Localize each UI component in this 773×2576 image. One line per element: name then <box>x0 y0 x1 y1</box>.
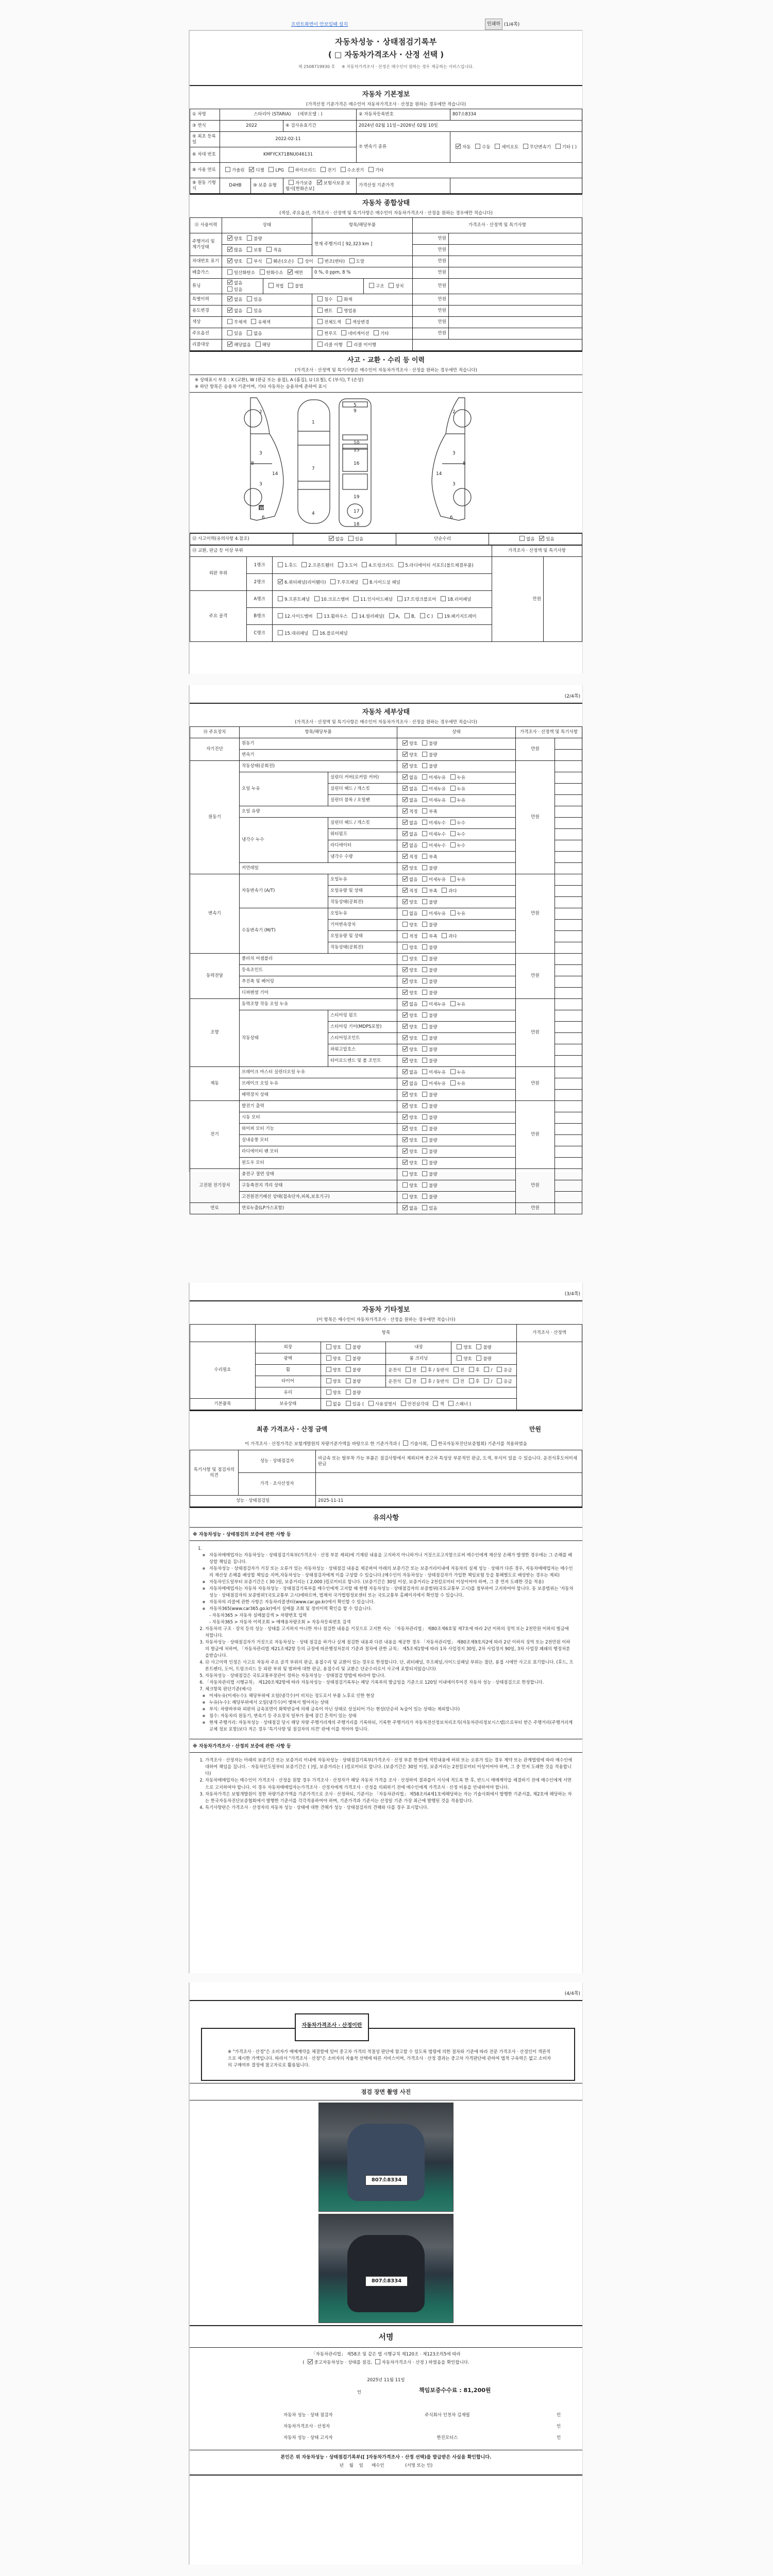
checkbox[interactable] <box>422 933 427 938</box>
header: 항목 <box>255 1325 516 1342</box>
checkbox[interactable] <box>289 167 294 172</box>
checkbox[interactable] <box>227 247 232 252</box>
option-label: 3.도어 <box>345 563 358 568</box>
option-label: 7.루프패널 <box>337 580 358 585</box>
checkbox[interactable] <box>422 1114 427 1120</box>
checkbox[interactable] <box>422 967 427 972</box>
checkbox[interactable] <box>402 831 408 836</box>
checkbox[interactable] <box>402 899 408 904</box>
note: ※ 상태표시 부호 : X (교환), W (판금 또는 용접), A (흠집)… <box>195 377 577 383</box>
checkbox[interactable] <box>301 562 307 567</box>
option-label: 없음 <box>409 787 417 792</box>
option-label: 썬루프 <box>324 331 337 336</box>
checkbox[interactable] <box>338 562 343 567</box>
checkbox[interactable] <box>337 308 342 313</box>
checkbox[interactable] <box>453 1378 459 1383</box>
checkbox[interactable] <box>317 296 323 301</box>
checkbox[interactable] <box>422 944 427 950</box>
checkbox[interactable] <box>337 296 342 301</box>
checkbox[interactable] <box>289 180 294 185</box>
checkbox[interactable] <box>317 319 323 324</box>
sign-date: 2025년 11월 11일 <box>190 2377 582 2383</box>
checkbox[interactable] <box>422 956 427 961</box>
checkbox[interactable] <box>314 596 320 601</box>
checkbox[interactable] <box>225 167 230 172</box>
option-label: 불량 <box>429 1093 437 1098</box>
inspection-date: 2025-11-11 <box>316 1496 582 1507</box>
parts: 1.후드 2.프론트휀더 3.도어 4.트렁크리드 5.라디에이터 서포트(볼트… <box>273 556 492 573</box>
checkbox[interactable] <box>402 1024 408 1029</box>
checkbox[interactable] <box>362 562 367 567</box>
checkbox[interactable] <box>329 536 334 541</box>
unit: 만원 <box>516 1101 555 1169</box>
item: 디퍼렌셜 기어 <box>240 988 397 999</box>
vin-mark-options: 양호 부식 훼손(오손) 상이 변조(변타) 도말 <box>222 256 413 267</box>
checkbox[interactable] <box>402 967 408 972</box>
checkbox[interactable] <box>402 1126 408 1131</box>
checkbox[interactable] <box>450 831 456 836</box>
checkbox[interactable] <box>422 1160 427 1165</box>
checkbox[interactable] <box>406 1367 411 1372</box>
checkbox[interactable] <box>352 613 357 618</box>
checkbox[interactable] <box>374 330 379 335</box>
checkbox[interactable] <box>402 888 408 893</box>
checkbox[interactable] <box>442 933 447 938</box>
option-label: 하이브리드 <box>295 168 316 173</box>
checkbox[interactable] <box>227 342 232 347</box>
checkbox[interactable] <box>278 630 283 635</box>
print-button[interactable]: 인쇄하기 <box>485 19 502 30</box>
page-1: 자동차성능 · 상태점검기록부 ( □ 자동차가격조사 · 산정 선택 ) 제 … <box>189 30 583 674</box>
checkbox[interactable] <box>389 613 394 618</box>
option-label: 장치 <box>395 284 404 289</box>
checkbox[interactable] <box>402 740 408 745</box>
checkbox[interactable] <box>422 1194 427 1199</box>
checkbox[interactable] <box>368 1401 374 1406</box>
checkbox[interactable] <box>422 1171 427 1176</box>
checkbox[interactable] <box>369 283 374 288</box>
option-label: 불량 <box>429 991 437 996</box>
accident-title: 사고 · 교환 · 수리 등 이력 <box>190 354 582 364</box>
checkbox[interactable] <box>346 1367 351 1372</box>
state: 양호 불량 <box>397 1112 516 1124</box>
checkbox[interactable] <box>422 1024 427 1029</box>
checkbox[interactable] <box>317 342 323 347</box>
checkbox[interactable] <box>402 797 408 802</box>
checkbox[interactable] <box>318 258 323 263</box>
item: 커먼레일 <box>240 863 397 874</box>
checkbox[interactable] <box>227 330 232 335</box>
checkbox[interactable] <box>422 910 427 916</box>
checkbox[interactable] <box>422 797 427 802</box>
checkbox[interactable] <box>402 1160 408 1165</box>
option-label: 없음 <box>234 309 242 314</box>
checkbox[interactable] <box>402 1182 408 1188</box>
table-row: 리콜대상해당없음 해당리콜 이행 리콜 미이행 <box>190 340 582 351</box>
checkbox[interactable] <box>326 1355 331 1361</box>
checkbox[interactable] <box>346 1355 351 1361</box>
option-label: 미세누수 <box>429 843 446 849</box>
option-label: 부족 <box>429 889 437 894</box>
checkbox[interactable] <box>247 308 252 313</box>
checkbox[interactable] <box>431 1440 436 1446</box>
header: ⑭ 주요장치 <box>190 727 240 738</box>
notice-header: 유의사항 <box>190 1507 582 1528</box>
checkbox[interactable] <box>313 630 318 635</box>
state: 없음 미세누유 누유 <box>397 1078 516 1090</box>
checkbox[interactable] <box>401 1401 406 1406</box>
option-label: 화재 <box>344 297 352 302</box>
checkbox[interactable] <box>539 536 544 541</box>
sub-item: 파워고압호스 <box>328 1044 397 1056</box>
install-link[interactable]: 프린트화면이 안보일때 설치 <box>291 21 348 27</box>
checkbox[interactable] <box>402 820 408 825</box>
checkbox[interactable] <box>402 1012 408 1018</box>
option-label: 부족 <box>429 809 437 815</box>
option-label: 양호 <box>409 979 417 985</box>
parts: 12.사이드멤버 13.휠하우스 14.필러패널( A, B, C ) 19.패… <box>273 607 492 624</box>
checkbox[interactable] <box>475 144 480 149</box>
checkbox[interactable] <box>422 922 427 927</box>
checkbox[interactable] <box>346 1378 351 1383</box>
checkbox[interactable] <box>341 167 346 172</box>
checkbox[interactable] <box>402 944 408 950</box>
checkbox[interactable] <box>523 144 528 149</box>
checkbox[interactable] <box>422 888 427 893</box>
checkbox[interactable] <box>326 1367 331 1372</box>
checkbox[interactable] <box>402 1069 408 1074</box>
checkbox[interactable] <box>422 1148 427 1154</box>
checkbox[interactable] <box>227 308 232 313</box>
checkbox[interactable] <box>476 1355 481 1361</box>
checkbox[interactable] <box>402 1001 408 1006</box>
option-label: 적법 <box>275 284 283 289</box>
checkbox[interactable] <box>422 1046 427 1052</box>
checkbox[interactable] <box>402 978 408 984</box>
unit: 만원 <box>413 256 449 267</box>
signer-role: 자동차 성능 · 상태 고지자 <box>283 2434 333 2441</box>
sub-item: 오일누유 <box>328 874 397 886</box>
checkbox[interactable] <box>278 613 283 618</box>
checkbox[interactable] <box>256 342 261 347</box>
checkbox[interactable] <box>247 330 252 335</box>
checkbox[interactable] <box>402 990 408 995</box>
section-title: ※ 자동차가격조사 · 산정의 보증에 관한 사항 등 <box>190 1739 582 1753</box>
notice-sub: - 자동차365 > 자동차 실매물검색 > 차량번호 입력 <box>209 1612 574 1619</box>
checkbox[interactable] <box>402 752 408 757</box>
checkbox[interactable] <box>450 797 456 802</box>
checkbox[interactable] <box>227 280 232 285</box>
item: 오일 유량 <box>240 806 397 818</box>
checkbox[interactable] <box>389 283 394 288</box>
checkbox[interactable] <box>422 1205 427 1210</box>
checkbox[interactable] <box>402 922 408 927</box>
checkbox[interactable] <box>519 536 525 541</box>
checkbox[interactable] <box>422 740 427 745</box>
checkbox[interactable] <box>450 876 456 882</box>
checkbox[interactable] <box>421 1367 426 1372</box>
state: 양호 불량 <box>397 1192 516 1203</box>
reg-number: 807소8334 <box>450 109 582 121</box>
sub-item: 스티어링조인트 <box>328 1033 397 1044</box>
checkbox[interactable] <box>330 579 335 584</box>
checkbox[interactable] <box>422 1035 427 1040</box>
checkbox[interactable] <box>402 1092 408 1097</box>
checkbox[interactable] <box>422 1069 427 1074</box>
checkbox[interactable] <box>363 579 368 584</box>
rank: C랭크 <box>247 624 273 641</box>
option-label: 양호 <box>409 1172 417 1177</box>
checkbox[interactable] <box>266 258 272 263</box>
checkbox[interactable] <box>402 865 408 870</box>
checkbox[interactable] <box>422 752 427 757</box>
basic-info-title: 자동차 기본정보 <box>190 89 582 98</box>
unit: 만원 <box>516 874 555 954</box>
checkbox[interactable] <box>422 774 427 779</box>
option-label: 많음 <box>234 248 242 253</box>
checkbox-inspection[interactable] <box>308 2359 313 2364</box>
checkbox[interactable] <box>348 536 354 541</box>
checkbox[interactable] <box>469 1378 474 1383</box>
checkbox[interactable] <box>422 865 427 870</box>
checkbox[interactable] <box>450 774 456 779</box>
checkbox[interactable] <box>450 820 456 825</box>
checkbox[interactable] <box>476 1344 481 1349</box>
checkbox[interactable] <box>326 1389 331 1395</box>
option-label: 가솔린 <box>232 168 245 173</box>
state: 양호 불량 <box>397 897 516 908</box>
checkbox[interactable] <box>346 1401 351 1406</box>
checkbox[interactable] <box>349 258 355 263</box>
option-label: 적정 <box>409 934 417 939</box>
checkbox[interactable] <box>469 1367 474 1372</box>
checkbox[interactable] <box>402 1114 408 1120</box>
state: 없음 있음 <box>222 294 312 306</box>
checkbox[interactable] <box>422 786 427 791</box>
unit: 만원 <box>516 738 555 761</box>
svg-text:3: 3 <box>259 451 262 456</box>
checkbox[interactable] <box>457 1344 462 1349</box>
checkbox[interactable] <box>268 167 274 172</box>
checkbox[interactable] <box>433 1401 438 1406</box>
checkbox[interactable] <box>354 596 359 601</box>
state: 없음 미세누유 누유 <box>397 1067 516 1078</box>
checkbox[interactable] <box>317 613 322 618</box>
checkbox[interactable] <box>422 990 427 995</box>
checkbox[interactable] <box>247 296 252 301</box>
checkbox[interactable] <box>422 1080 427 1086</box>
checkbox[interactable] <box>402 933 408 938</box>
option-label: 없음 <box>409 832 417 837</box>
checkbox[interactable] <box>227 269 232 275</box>
checkbox[interactable] <box>450 786 456 791</box>
checkbox[interactable] <box>346 319 351 324</box>
checkbox[interactable] <box>402 1046 408 1052</box>
checkbox[interactable] <box>405 613 410 618</box>
checkbox[interactable] <box>457 1355 462 1361</box>
checkbox[interactable] <box>422 820 427 825</box>
checkbox[interactable] <box>247 247 252 252</box>
item: 원동기 <box>240 738 397 750</box>
checkbox[interactable] <box>450 910 456 916</box>
checkbox[interactable] <box>422 831 427 836</box>
checkbox[interactable] <box>227 258 232 263</box>
checkbox[interactable] <box>397 596 402 601</box>
checkbox[interactable] <box>456 144 461 149</box>
checkbox[interactable] <box>442 888 447 893</box>
checkbox[interactable] <box>227 296 232 301</box>
label: ⑩ 보증 유형 <box>251 178 283 194</box>
checkbox[interactable] <box>288 269 293 275</box>
checkbox[interactable] <box>402 842 408 848</box>
checkbox[interactable] <box>266 247 272 252</box>
checkbox[interactable] <box>422 1092 427 1097</box>
checkbox[interactable] <box>450 1001 456 1006</box>
checkbox[interactable] <box>406 1378 411 1383</box>
notice-item: 자동차인도일부터 보증기간은 ( 30 )일, 보증거리는 ( 2,000 )킬… <box>209 1579 574 1585</box>
checkbox[interactable] <box>495 144 500 149</box>
checkbox[interactable] <box>402 1171 408 1176</box>
option-label: 영업용 <box>344 309 357 314</box>
checkbox[interactable] <box>326 1401 331 1406</box>
checkbox[interactable] <box>298 258 303 263</box>
checkbox[interactable] <box>402 1035 408 1040</box>
state: 양호 불량 <box>397 1090 516 1101</box>
checkbox[interactable] <box>278 562 283 567</box>
checkbox[interactable] <box>422 808 427 814</box>
unit: 만원 <box>413 294 449 306</box>
checkbox[interactable] <box>402 786 408 791</box>
option-label: 없음 <box>409 1206 417 1211</box>
checkbox[interactable] <box>251 319 256 324</box>
state: 양호 불량 <box>397 750 516 761</box>
label: ④ 검사유효기간 <box>283 121 357 132</box>
checkbox[interactable] <box>497 1378 502 1383</box>
checkbox[interactable] <box>249 167 254 172</box>
basic-info-header: 자동차 기본정보 (가격산정 기준가격은 매수인이 자동차가격조사 · 산정을 … <box>190 86 582 109</box>
checkbox[interactable] <box>450 1069 456 1074</box>
checkbox[interactable] <box>402 956 408 961</box>
item: 발전기 출력 <box>240 1101 397 1112</box>
checkbox[interactable] <box>402 876 408 882</box>
receipt-text: 본인은 위 자동차성능 · 상태점검기록부([ ]자동차가격조사 · 산정 선택… <box>190 2453 582 2460</box>
checkbox[interactable] <box>450 842 456 848</box>
checkbox[interactable] <box>402 808 408 814</box>
label: ② 자동차등록번호 <box>357 109 450 121</box>
checkbox[interactable] <box>422 978 427 984</box>
checkbox[interactable] <box>497 1367 502 1372</box>
checkbox[interactable] <box>448 1401 453 1406</box>
other-info-header: 자동차 기타정보 (이 항목은 매수인이 자동차가격조사 · 산정을 원하는 경… <box>190 1300 582 1324</box>
checkbox[interactable] <box>346 1344 351 1349</box>
option-label: 기타 <box>380 331 389 336</box>
checkbox[interactable] <box>402 1080 408 1086</box>
checkbox[interactable] <box>288 283 293 288</box>
checkbox[interactable] <box>317 308 323 313</box>
checkbox[interactable] <box>326 1344 331 1349</box>
option-label: 없음 <box>409 877 417 883</box>
checkbox[interactable] <box>326 1378 331 1383</box>
checkbox[interactable] <box>368 167 374 172</box>
checkbox[interactable] <box>422 1001 427 1006</box>
checkbox[interactable] <box>420 613 425 618</box>
checkbox[interactable] <box>227 235 232 241</box>
checkbox[interactable] <box>402 1148 408 1154</box>
option-label: 양호 <box>409 1013 417 1019</box>
checkbox[interactable] <box>441 596 446 601</box>
checkbox[interactable] <box>398 562 404 567</box>
parts: 9.프론트패널 10.크로스멤버 11.인사이드패널 17.트렁크플로어 18.… <box>273 590 492 607</box>
unit: 만원 <box>413 233 449 245</box>
checkbox[interactable] <box>422 1103 427 1108</box>
rear-view-photo: 807소8334 <box>318 2214 453 2323</box>
checkbox[interactable] <box>278 596 283 601</box>
checkbox[interactable] <box>278 579 283 584</box>
checkbox[interactable] <box>402 910 408 916</box>
checkbox[interactable] <box>422 1126 427 1131</box>
checkbox[interactable] <box>402 854 408 859</box>
checkbox[interactable] <box>402 1205 408 1210</box>
checkbox[interactable] <box>422 1137 427 1142</box>
checkbox[interactable] <box>402 774 408 779</box>
checkbox[interactable] <box>402 1058 408 1063</box>
checkbox[interactable] <box>453 1367 459 1372</box>
checkbox[interactable] <box>346 1389 351 1395</box>
header: 가격조사 · 산정액 <box>517 1325 582 1342</box>
checkbox[interactable] <box>484 1367 489 1372</box>
checkbox[interactable] <box>317 330 323 335</box>
checkbox[interactable] <box>347 342 352 347</box>
checkbox[interactable] <box>402 1137 408 1142</box>
checkbox[interactable] <box>247 235 252 241</box>
option-label: 누수 <box>457 821 465 826</box>
checkbox[interactable] <box>247 258 252 263</box>
checkbox[interactable] <box>450 1080 456 1086</box>
state: 없음 있음 <box>222 306 312 317</box>
checkbox[interactable] <box>422 1058 427 1063</box>
checkbox[interactable] <box>422 899 427 904</box>
checkbox[interactable] <box>227 319 232 324</box>
option-label: 1.후드 <box>284 563 297 568</box>
checkbox[interactable] <box>422 763 427 768</box>
checkbox[interactable] <box>438 613 443 618</box>
checkbox[interactable] <box>341 330 346 335</box>
option-label: 누유 <box>457 911 465 917</box>
checkbox[interactable] <box>484 1378 489 1383</box>
checkbox[interactable] <box>422 854 427 859</box>
checkbox[interactable] <box>422 1182 427 1188</box>
checkbox[interactable] <box>421 1378 426 1383</box>
checkbox-price-survey[interactable] <box>375 2359 380 2364</box>
checkbox[interactable] <box>317 180 322 185</box>
checkbox[interactable] <box>422 876 427 882</box>
checkbox[interactable] <box>402 763 408 768</box>
state: 양호 불량 <box>397 761 516 772</box>
checkbox[interactable] <box>321 167 326 172</box>
checkbox[interactable] <box>260 269 265 275</box>
checkbox[interactable] <box>556 144 561 149</box>
notice-item: 「자동차관리법 시행규칙」 제120조제2항에 따라 자동차성능 · 상태점검기… <box>205 1679 574 1686</box>
checkbox[interactable] <box>402 1194 408 1199</box>
option-label: 없음 <box>409 1081 417 1087</box>
item: 브레이크 마스터 실린더오일 누유 <box>240 1067 397 1078</box>
checkbox[interactable] <box>403 1440 408 1446</box>
checkbox[interactable] <box>268 283 274 288</box>
checkbox[interactable] <box>402 1103 408 1108</box>
checkbox[interactable] <box>422 842 427 848</box>
checkbox[interactable] <box>422 1012 427 1018</box>
checkbox[interactable] <box>227 286 232 292</box>
